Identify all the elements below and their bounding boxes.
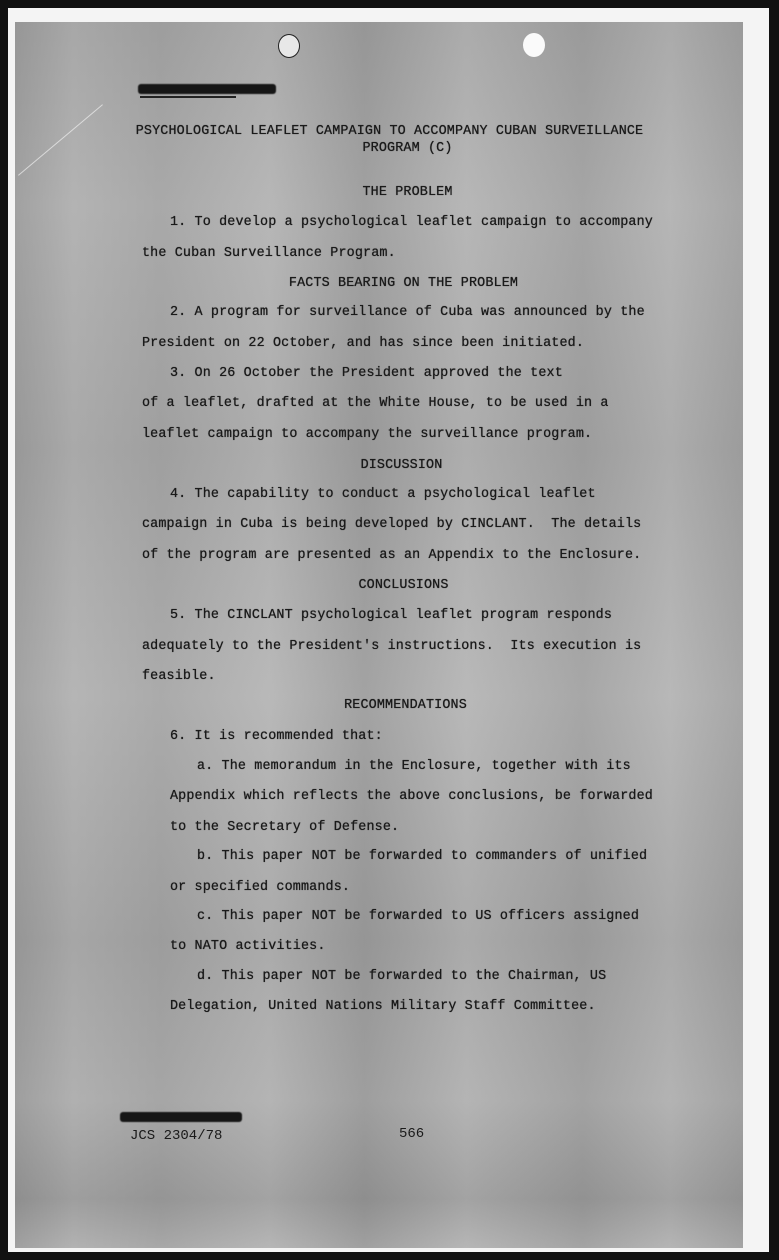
- recommendation-a-line-2: Appendix which reflects the above conclu…: [170, 789, 653, 804]
- paragraph-5-line-1: 5. The CINCLANT psychological leaflet pr…: [170, 608, 612, 623]
- heading-conclusions: CONCLUSIONS: [14, 578, 779, 593]
- heading-facts-bearing: FACTS BEARING ON THE PROBLEM: [14, 276, 779, 291]
- paragraph-5-line-3: feasible.: [142, 669, 216, 684]
- heading-recommendations: RECOMMENDATIONS: [16, 698, 779, 713]
- recommendation-d-line-2: Delegation, United Nations Military Staf…: [170, 999, 596, 1014]
- paragraph-2-line-1: 2. A program for surveillance of Cuba wa…: [170, 305, 645, 320]
- redacted-classification-bottom: [120, 1112, 242, 1122]
- redaction-underline: [140, 96, 236, 98]
- document-title-line-2: PROGRAM (C): [18, 141, 779, 156]
- paragraph-3-line-3: leaflet campaign to accompany the survei…: [142, 427, 592, 442]
- paragraph-1-line-2: the Cuban Surveillance Program.: [142, 246, 396, 261]
- recommendation-b-line-1: b. This paper NOT be forwarded to comman…: [197, 849, 647, 864]
- paragraph-4-line-2: campaign in Cuba is being developed by C…: [142, 517, 641, 532]
- paragraph-6-line-1: 6. It is recommended that:: [170, 729, 383, 744]
- recommendation-c-line-1: c. This paper NOT be forwarded to US off…: [197, 909, 639, 924]
- recommendation-a-line-3: to the Secretary of Defense.: [170, 820, 399, 835]
- paragraph-3-line-2: of a leaflet, drafted at the White House…: [142, 396, 609, 411]
- scanned-page: [15, 22, 743, 1248]
- punch-hole-left: [278, 34, 300, 58]
- paragraph-4-line-3: of the program are presented as an Appen…: [142, 548, 641, 563]
- redacted-classification-top: [138, 84, 276, 94]
- recommendation-c-line-2: to NATO activities.: [170, 939, 326, 954]
- document-id: JCS 2304/78: [130, 1128, 222, 1144]
- heading-discussion: DISCUSSION: [12, 458, 779, 473]
- heading-the-problem: THE PROBLEM: [18, 185, 779, 200]
- recommendation-a-line-1: a. The memorandum in the Enclosure, toge…: [197, 759, 631, 774]
- paragraph-3-line-1: 3. On 26 October the President approved …: [170, 366, 563, 381]
- punch-hole-right: [523, 33, 545, 57]
- paragraph-4-line-1: 4. The capability to conduct a psycholog…: [170, 487, 596, 502]
- paragraph-5-line-2: adequately to the President's instructio…: [142, 639, 641, 654]
- document-title-line-1: PSYCHOLOGICAL LEAFLET CAMPAIGN TO ACCOMP…: [0, 124, 779, 139]
- recommendation-b-line-2: or specified commands.: [170, 880, 350, 895]
- recommendation-d-line-1: d. This paper NOT be forwarded to the Ch…: [197, 969, 606, 984]
- paragraph-2-line-2: President on 22 October, and has since b…: [142, 336, 584, 351]
- page-number: 566: [399, 1126, 424, 1142]
- paragraph-1-line-1: 1. To develop a psychological leaflet ca…: [170, 215, 653, 230]
